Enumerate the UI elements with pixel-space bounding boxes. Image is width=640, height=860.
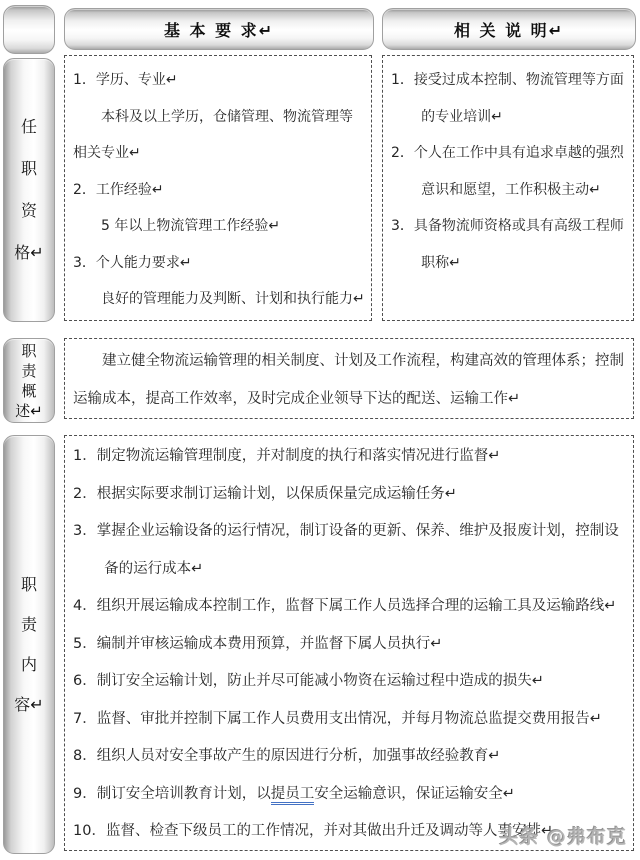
related-note-item: 2．个人在工作中具有追求卓越的强烈意识和愿望，工作积极主动↵ (391, 135, 627, 208)
watermark: 头条 @弗布克 (499, 822, 627, 849)
duty-item-9-post: 安全运输意识，保证运输安全↵ (314, 786, 515, 802)
basic-req-line: 5 年以上物流管理工作经验↵ (73, 208, 365, 245)
duty-item: 6．制订安全运输计划，防止并尽可能减小物资在运输过程中造成的损失↵ (73, 663, 619, 701)
column-header-related-notes-label: 相 关 说 明↵ (454, 18, 564, 41)
basic-req-line: 良好的管理能力及判断、计划和执行能力↵ (73, 281, 365, 318)
duty-summary-text: 建立健全物流运输管理的相关制度、计划及工作流程，构建高效的管理体系；控制运输成本… (73, 342, 625, 418)
duty-item: 7．监督、审批并控制下属工作人员费用支出情况，并每月物流总监提交费用报告↵ (73, 701, 619, 739)
duty-item: 2．根据实际要求制订运输计划，以保质保量完成运输任务↵ (73, 476, 619, 514)
related-note-item: 3．具备物流师资格或具有高级工程师职称↵ (391, 208, 627, 281)
row-header-qualifications: 任 职 资 格↵ (3, 58, 55, 322)
basic-req-line: 1．学历、专业↵ (73, 62, 365, 99)
column-header-basic-requirements-label: 基 本 要 求↵ (164, 18, 274, 41)
row-header-qualifications-label: 任 职 资 格↵ (14, 106, 43, 274)
duty-item: 9．制订安全培训教育计划，以提员工安全运输意识，保证运输安全↵ (73, 776, 619, 814)
duty-item: 3．掌握企业运输设备的运行情况，制订设备的更新、保养、维护及报废计划，控制设备的… (73, 513, 619, 588)
related-note-item: 1．接受过成本控制、物流管理等方面的专业培训↵ (391, 62, 627, 135)
row-header-duty-summary-label: 职 责 概 述↵ (15, 341, 43, 421)
column-header-basic-requirements: 基 本 要 求↵ (64, 8, 374, 50)
duty-item: 5．编制并审核运输成本费用预算，并监督下属人员执行↵ (73, 626, 619, 664)
duty-item: 4．组织开展运输成本控制工作，监督下属工作人员选择合理的运输工具及运输路线↵ (73, 588, 619, 626)
basic-req-line: 3．个人能力要求↵ (73, 245, 365, 282)
duty-item: 1．制定物流运输管理制度，并对制度的执行和落实情况进行监督↵ (73, 438, 619, 476)
duty-content-panel: 1．制定物流运输管理制度，并对制度的执行和落实情况进行监督↵ 2．根据实际要求制… (64, 435, 634, 851)
row-header-duty-summary: 职 责 概 述↵ (3, 338, 55, 423)
job-description-table: 基 本 要 求↵ 相 关 说 明↵ 任 职 资 格↵ 职 责 概 述↵ 职 责 … (0, 0, 640, 860)
basic-req-line: 2．工作经验↵ (73, 172, 365, 209)
duty-item-9-pre: 9．制订安全培训教育计划，以 (73, 786, 271, 802)
duty-summary-panel: 建立健全物流运输管理的相关制度、计划及工作流程，构建高效的管理体系；控制运输成本… (64, 338, 634, 419)
basic-requirements-panel: 1．学历、专业↵ 本科及以上学历，仓储管理、物流管理等相关专业↵ 2．工作经验↵… (64, 55, 372, 321)
column-header-related-notes: 相 关 说 明↵ (382, 8, 636, 50)
row-header-duty-content: 职 责 内 容↵ (3, 435, 55, 854)
duty-item-9-underlined-text: 提员工 (271, 786, 315, 805)
basic-req-line: 本科及以上学历，仓储管理、物流管理等相关专业↵ (73, 99, 365, 172)
corner-cell (3, 5, 55, 54)
row-header-duty-content-label: 职 责 内 容↵ (14, 565, 43, 725)
duty-item: 8．组织人员对安全事故产生的原因进行分析，加强事故经验教育↵ (73, 738, 619, 776)
related-notes-panel: 1．接受过成本控制、物流管理等方面的专业培训↵ 2．个人在工作中具有追求卓越的强… (382, 55, 634, 321)
